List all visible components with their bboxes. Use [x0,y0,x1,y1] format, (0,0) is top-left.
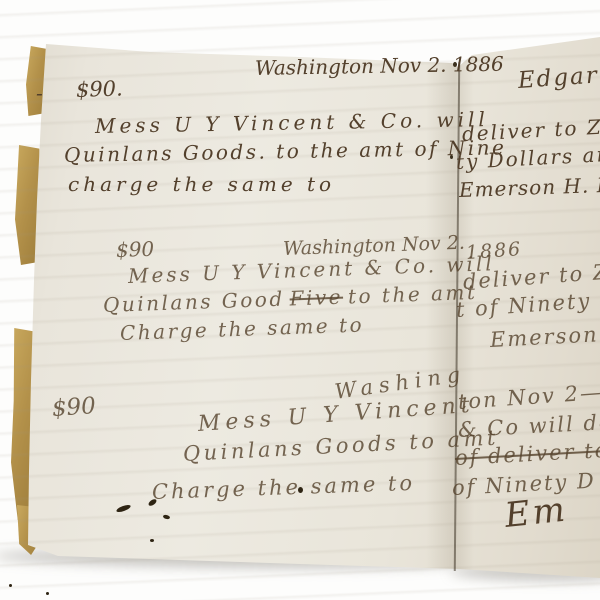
ink-blot [298,487,303,493]
ink-speck [9,584,12,587]
photo-background: Washington Nov 2. 1886 - $90. Mess U Y V… [0,0,600,600]
ink-speck [46,592,49,595]
entry1-amount: $90. [76,77,124,102]
entry2-struck-word: Five [289,285,343,311]
entry3-amount: $90 [51,394,97,422]
right-entry2-year: 1886 [465,239,523,264]
entry1-dateline: Washington Nov 2. 1886 [255,53,504,79]
ink-blot [150,539,154,542]
entry1-line3: charge the same to [68,173,335,195]
entry2-amount: $90 [116,238,155,261]
right-entry1-line3: Emerson H. E [459,174,600,201]
entry1-margin-dash: - [36,82,43,104]
right-entry3-signature: Em [503,492,570,536]
